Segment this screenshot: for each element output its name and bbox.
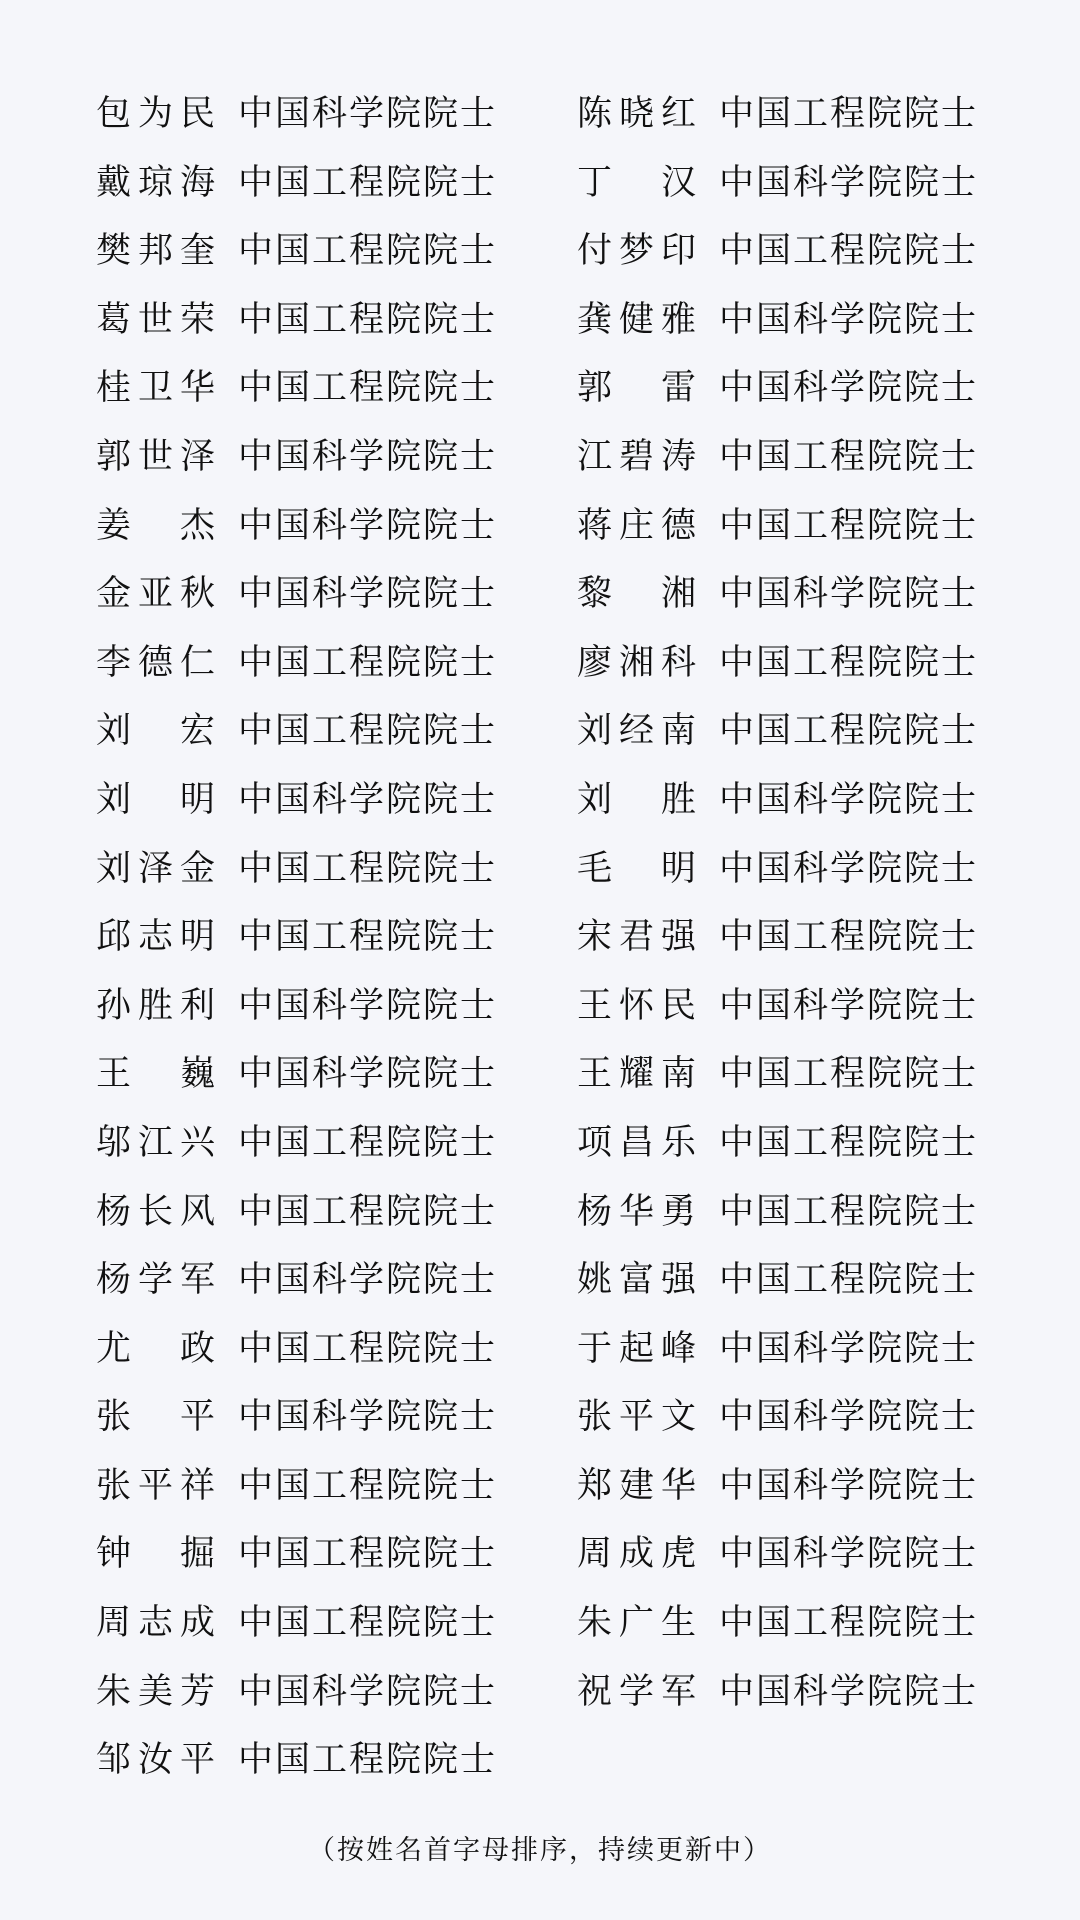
academician-name: 尤政 [96,1321,216,1377]
academy-title: 中国科学院院士 [719,1321,978,1377]
academician-entry: 丁汉中国科学院院士 [577,155,978,211]
academician-name: 朱美芳 [96,1664,216,1720]
academy-title: 中国工程院院士 [238,703,497,759]
academy-title: 中国科学院院士 [238,429,497,485]
academy-title: 中国科学院院士 [719,1664,978,1720]
academician-entry: 刘经南中国工程院院士 [577,703,978,759]
academician-list: 包为民中国科学院院士陈晓红中国工程院院士戴琼海中国工程院院士丁汉中国科学院院士樊… [0,86,1080,1801]
name-char: 姜 [96,498,132,554]
name-char: 王 [96,1046,132,1102]
academy-title: 中国工程院院士 [719,429,978,485]
academician-name: 郭世泽 [96,429,216,485]
name-char: 明 [180,772,216,828]
list-row: 邬江兴中国工程院院士项昌乐中国工程院院士 [0,1115,1080,1184]
name-char: 湘 [661,566,697,622]
academy-title: 中国工程院院士 [238,1595,497,1651]
list-row: 钟掘中国工程院院士周成虎中国科学院院士 [0,1526,1080,1595]
academician-entry: 郑建华中国科学院院士 [577,1458,978,1514]
academician-entry: 付梦印中国工程院院士 [577,223,978,279]
academician-name: 张平文 [577,1389,697,1445]
academician-name: 付梦印 [577,223,697,279]
academician-name: 桂卫华 [96,360,216,416]
academician-name: 项昌乐 [577,1115,697,1171]
academician-entry: 王巍中国科学院院士 [96,1046,497,1102]
academician-name: 姚富强 [577,1252,697,1308]
academy-title: 中国科学院院士 [719,978,978,1034]
list-row: 张平祥中国工程院院士郑建华中国科学院院士 [0,1458,1080,1527]
academy-title: 中国工程院院士 [238,360,497,416]
academy-title: 中国科学院院士 [238,566,497,622]
academician-entry: 周志成中国工程院院士 [96,1595,497,1651]
academy-title: 中国工程院院士 [238,292,497,348]
academician-entry: 于起峰中国科学院院士 [577,1321,978,1377]
academician-name: 祝学军 [577,1664,697,1720]
academy-title: 中国工程院院士 [719,703,978,759]
list-row: 尤政中国工程院院士于起峰中国科学院院士 [0,1321,1080,1390]
academician-entry: 杨学军中国科学院院士 [96,1252,497,1308]
list-row: 葛世荣中国工程院院士龚健雅中国科学院院士 [0,292,1080,361]
academy-title: 中国工程院院士 [238,635,497,691]
academy-title: 中国工程院院士 [238,841,497,897]
list-row: 张平中国科学院院士张平文中国科学院院士 [0,1389,1080,1458]
academician-entry: 朱广生中国工程院院士 [577,1595,978,1651]
academician-name: 姜杰 [96,498,216,554]
academician-name: 李德仁 [96,635,216,691]
list-row: 包为民中国科学院院士陈晓红中国工程院院士 [0,86,1080,155]
academician-name: 钟掘 [96,1526,216,1582]
name-char: 毛 [577,841,613,897]
academy-title: 中国科学院院士 [238,1252,497,1308]
academy-title: 中国工程院院士 [238,223,497,279]
academy-title: 中国科学院院士 [719,1526,978,1582]
name-char: 胜 [661,772,697,828]
academy-title: 中国科学院院士 [719,155,978,211]
academician-name: 周成虎 [577,1526,697,1582]
academician-entry: 张平中国科学院院士 [96,1389,497,1445]
academician-name: 张平祥 [96,1458,216,1514]
academician-entry: 刘胜中国科学院院士 [577,772,978,828]
academician-name: 陈晓红 [577,86,697,142]
academician-name: 廖湘科 [577,635,697,691]
academician-entry: 张平祥中国工程院院士 [96,1458,497,1514]
academy-title: 中国科学院院士 [719,1458,978,1514]
academician-name: 王耀南 [577,1046,697,1102]
academician-entry: 杨长风中国工程院院士 [96,1184,497,1240]
academy-title: 中国工程院院士 [719,1115,978,1171]
academician-entry: 金亚秋中国科学院院士 [96,566,497,622]
list-row: 杨长风中国工程院院士杨华勇中国工程院院士 [0,1184,1080,1253]
academy-title: 中国科学院院士 [719,772,978,828]
academician-name: 包为民 [96,86,216,142]
academy-title: 中国工程院院士 [719,86,978,142]
name-char: 张 [96,1389,132,1445]
academy-title: 中国科学院院士 [238,772,497,828]
academician-entry: 姚富强中国工程院院士 [577,1252,978,1308]
academician-entry: 刘宏中国工程院院士 [96,703,497,759]
academy-title: 中国科学院院士 [719,360,978,416]
list-row: 刘泽金中国工程院院士毛明中国科学院院士 [0,841,1080,910]
list-row: 金亚秋中国科学院院士黎湘中国科学院院士 [0,566,1080,635]
name-char: 刘 [96,772,132,828]
academician-name: 杨长风 [96,1184,216,1240]
name-char: 汉 [661,155,697,211]
list-row: 王巍中国科学院院士王耀南中国工程院院士 [0,1046,1080,1115]
academy-title: 中国工程院院士 [238,1321,497,1377]
academy-title: 中国工程院院士 [238,1526,497,1582]
academy-title: 中国工程院院士 [238,1732,497,1788]
sort-note: （按姓名首字母排序，持续更新中） [0,1828,1080,1867]
academician-entry: 朱美芳中国科学院院士 [96,1664,497,1720]
academician-name: 刘宏 [96,703,216,759]
academician-name: 蒋庄德 [577,498,697,554]
name-char: 丁 [577,155,613,211]
academy-title: 中国科学院院士 [719,292,978,348]
academician-name: 樊邦奎 [96,223,216,279]
name-char: 刘 [96,703,132,759]
academician-name: 郑建华 [577,1458,697,1514]
academician-entry: 王怀民中国科学院院士 [577,978,978,1034]
academy-title: 中国科学院院士 [238,86,497,142]
list-row: 杨学军中国科学院院士姚富强中国工程院院士 [0,1252,1080,1321]
academician-entry: 钟掘中国工程院院士 [96,1526,497,1582]
name-char: 明 [661,841,697,897]
academician-entry: 尤政中国工程院院士 [96,1321,497,1377]
academician-name: 王巍 [96,1046,216,1102]
list-row: 刘宏中国工程院院士刘经南中国工程院院士 [0,703,1080,772]
academician-entry: 邱志明中国工程院院士 [96,909,497,965]
academician-entry: 项昌乐中国工程院院士 [577,1115,978,1171]
academy-title: 中国科学院院士 [238,978,497,1034]
academician-entry: 樊邦奎中国工程院院士 [96,223,497,279]
academician-name: 周志成 [96,1595,216,1651]
academician-entry: 孙胜利中国科学院院士 [96,978,497,1034]
academician-entry: 蒋庄德中国工程院院士 [577,498,978,554]
list-row: 桂卫华中国工程院院士郭雷中国科学院院士 [0,360,1080,429]
academician-entry: 包为民中国科学院院士 [96,86,497,142]
name-char: 郭 [577,360,613,416]
list-row: 郭世泽中国科学院院士江碧涛中国工程院院士 [0,429,1080,498]
academician-entry: 刘明中国科学院院士 [96,772,497,828]
list-row: 姜杰中国科学院院士蒋庄德中国工程院院士 [0,498,1080,567]
academy-title: 中国工程院院士 [719,1046,978,1102]
academician-name: 戴琼海 [96,155,216,211]
name-char: 雷 [661,360,697,416]
academician-name: 孙胜利 [96,978,216,1034]
academy-title: 中国科学院院士 [719,1389,978,1445]
academy-title: 中国工程院院士 [238,1184,497,1240]
academician-entry: 张平文中国科学院院士 [577,1389,978,1445]
academy-title: 中国科学院院士 [719,841,978,897]
academician-entry: 郭世泽中国科学院院士 [96,429,497,485]
list-row: 邹汝平中国工程院院士 [0,1732,1080,1801]
list-row: 樊邦奎中国工程院院士付梦印中国工程院院士 [0,223,1080,292]
name-char: 黎 [577,566,613,622]
academy-title: 中国科学院院士 [238,1664,497,1720]
list-row: 刘明中国科学院院士刘胜中国科学院院士 [0,772,1080,841]
academy-title: 中国科学院院士 [238,498,497,554]
academician-name: 杨学军 [96,1252,216,1308]
academician-name: 朱广生 [577,1595,697,1651]
academician-entry: 毛明中国科学院院士 [577,841,978,897]
academician-entry: 祝学军中国科学院院士 [577,1664,978,1720]
academician-name: 刘明 [96,772,216,828]
list-row: 孙胜利中国科学院院士王怀民中国科学院院士 [0,978,1080,1047]
academician-name: 张平 [96,1389,216,1445]
academician-entry: 刘泽金中国工程院院士 [96,841,497,897]
academician-name: 邬江兴 [96,1115,216,1171]
list-row: 邱志明中国工程院院士宋君强中国工程院院士 [0,909,1080,978]
academician-name: 毛明 [577,841,697,897]
academy-title: 中国工程院院士 [719,635,978,691]
academician-name: 郭雷 [577,360,697,416]
academician-name: 宋君强 [577,909,697,965]
academician-name: 邹汝平 [96,1732,216,1788]
academician-entry: 邬江兴中国工程院院士 [96,1115,497,1171]
list-row: 戴琼海中国工程院院士丁汉中国科学院院士 [0,155,1080,224]
academician-name: 刘经南 [577,703,697,759]
academician-entry: 姜杰中国科学院院士 [96,498,497,554]
academician-name: 龚健雅 [577,292,697,348]
academician-entry: 周成虎中国科学院院士 [577,1526,978,1582]
academician-entry: 邹汝平中国工程院院士 [96,1732,497,1788]
academy-title: 中国工程院院士 [719,909,978,965]
name-char: 尤 [96,1321,132,1377]
academician-entry: 黎湘中国科学院院士 [577,566,978,622]
name-char: 刘 [577,772,613,828]
academician-name: 刘泽金 [96,841,216,897]
list-row: 周志成中国工程院院士朱广生中国工程院院士 [0,1595,1080,1664]
academician-entry: 王耀南中国工程院院士 [577,1046,978,1102]
name-char: 平 [180,1389,216,1445]
academician-entry: 桂卫华中国工程院院士 [96,360,497,416]
academy-title: 中国科学院院士 [719,566,978,622]
academician-name: 黎湘 [577,566,697,622]
academician-name: 杨华勇 [577,1184,697,1240]
name-char: 钟 [96,1526,132,1582]
academician-name: 刘胜 [577,772,697,828]
academician-entry: 江碧涛中国工程院院士 [577,429,978,485]
academy-title: 中国工程院院士 [719,1252,978,1308]
academician-entry: 廖湘科中国工程院院士 [577,635,978,691]
academy-title: 中国工程院院士 [238,1458,497,1514]
academician-entry: 戴琼海中国工程院院士 [96,155,497,211]
academician-entry: 龚健雅中国科学院院士 [577,292,978,348]
list-row: 李德仁中国工程院院士廖湘科中国工程院院士 [0,635,1080,704]
academician-name: 丁汉 [577,155,697,211]
academician-entry: 杨华勇中国工程院院士 [577,1184,978,1240]
academy-title: 中国工程院院士 [238,1115,497,1171]
academy-title: 中国工程院院士 [238,155,497,211]
academician-name: 金亚秋 [96,566,216,622]
academy-title: 中国工程院院士 [719,223,978,279]
name-char: 宏 [180,703,216,759]
academician-entry: 宋君强中国工程院院士 [577,909,978,965]
academician-name: 邱志明 [96,909,216,965]
academy-title: 中国科学院院士 [238,1046,497,1102]
academician-name: 江碧涛 [577,429,697,485]
academy-title: 中国工程院院士 [238,909,497,965]
name-char: 杰 [180,498,216,554]
academician-entry: 李德仁中国工程院院士 [96,635,497,691]
academician-name: 王怀民 [577,978,697,1034]
academician-entry: 陈晓红中国工程院院士 [577,86,978,142]
academy-title: 中国科学院院士 [238,1389,497,1445]
academician-entry: 葛世荣中国工程院院士 [96,292,497,348]
name-char: 政 [180,1321,216,1377]
academician-name: 葛世荣 [96,292,216,348]
name-char: 巍 [180,1046,216,1102]
academy-title: 中国工程院院士 [719,1595,978,1651]
academy-title: 中国工程院院士 [719,498,978,554]
academy-title: 中国工程院院士 [719,1184,978,1240]
academician-name: 于起峰 [577,1321,697,1377]
list-row: 朱美芳中国科学院院士祝学军中国科学院院士 [0,1664,1080,1733]
name-char: 掘 [180,1526,216,1582]
academician-entry: 郭雷中国科学院院士 [577,360,978,416]
